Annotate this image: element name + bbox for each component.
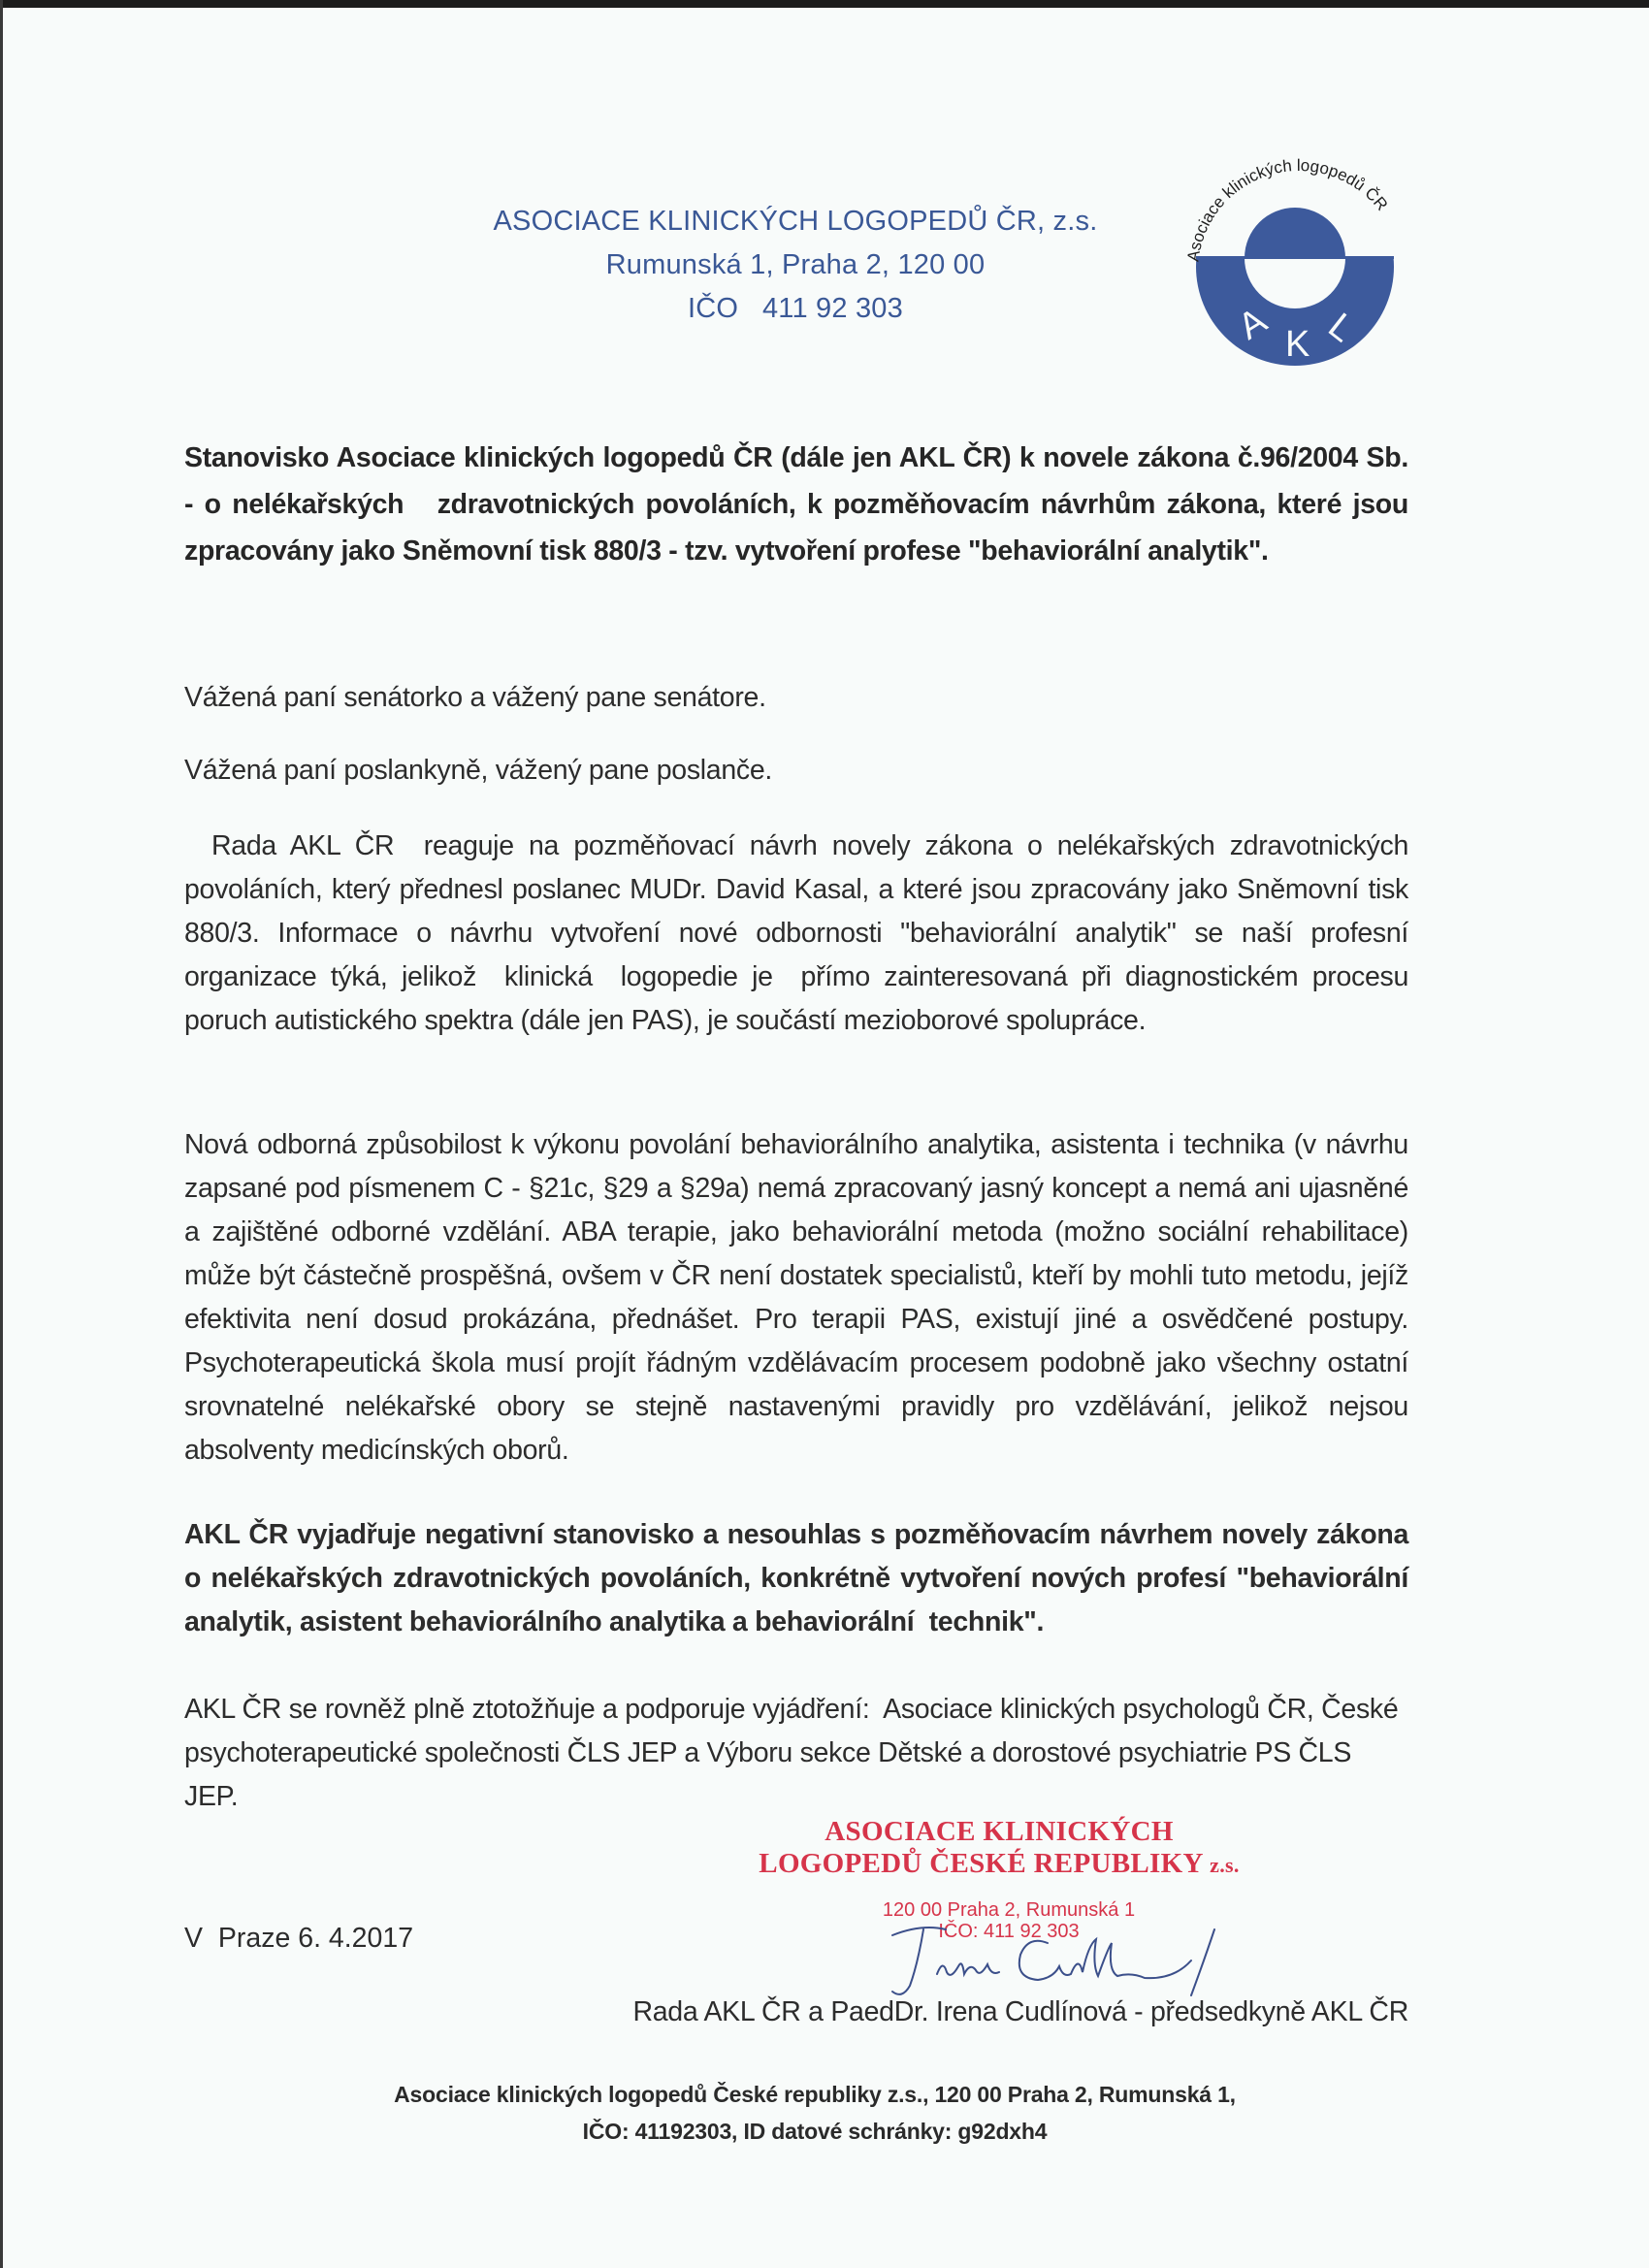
document-title: Stanovisko Asociace klinických logopedů … (184, 435, 1408, 574)
paragraph-1: Rada AKL ČR reaguje na pozměňovací návrh… (184, 825, 1408, 1043)
akl-logo-icon: Asociace klinických logopedů ČR A K L (1169, 141, 1421, 373)
scan-top-edge (0, 0, 1649, 8)
scan-left-edge (0, 0, 3, 2268)
letterhead-address: Rumunská 1, Praha 2, 120 00 (446, 243, 1145, 287)
signoff: Rada AKL ČR a PaedDr. Irena Cudlínová - … (601, 1993, 1408, 2031)
footer-line-2: IČO: 41192303, ID datové schránky: g92dx… (233, 2113, 1397, 2150)
footer-line-1: Asociace klinických logopedů České repub… (233, 2076, 1397, 2113)
svg-text:K: K (1285, 324, 1309, 365)
letterhead-ico: IČO 411 92 303 (446, 287, 1145, 331)
stamp-line-2-text: LOGOPEDŮ ČESKÉ REPUBLIKY (759, 1848, 1202, 1879)
akl-logo: Asociace klinických logopedů ČR A K L (1169, 141, 1421, 373)
greeting-deputies: Vážená paní poslankyně, vážený pane posl… (184, 749, 1408, 793)
paragraph-statement: AKL ČR vyjadřuje negativní stanovisko a … (184, 1513, 1408, 1644)
letterhead: ASOCIACE KLINICKÝCH LOGOPEDŮ ČR, z.s. Ru… (446, 200, 1145, 331)
stamp-line-1: ASOCIACE KLINICKÝCH (737, 1816, 1261, 1848)
organization-stamp: ASOCIACE KLINICKÝCH LOGOPEDŮ ČESKÉ REPUB… (737, 1816, 1261, 1881)
stamp-line-2: LOGOPEDŮ ČESKÉ REPUBLIKY z.s. (737, 1848, 1261, 1881)
footer: Asociace klinických logopedů České repub… (233, 2076, 1397, 2150)
signature-icon (854, 1916, 1242, 2003)
handwritten-signature (854, 1916, 1242, 2003)
letterhead-org-name: ASOCIACE KLINICKÝCH LOGOPEDŮ ČR, z.s. (446, 200, 1145, 243)
paragraph-2: Nová odborná způsobilost k výkonu povolá… (184, 1123, 1408, 1473)
document-date: V Praze 6. 4.2017 (184, 1919, 413, 1958)
greeting-senators: Vážená paní senátorko a vážený pane sená… (184, 676, 1408, 720)
stamp-suffix: z.s. (1210, 1853, 1240, 1877)
paragraph-support: AKL ČR se rovněž plně ztotožňuje a podpo… (184, 1688, 1408, 1819)
